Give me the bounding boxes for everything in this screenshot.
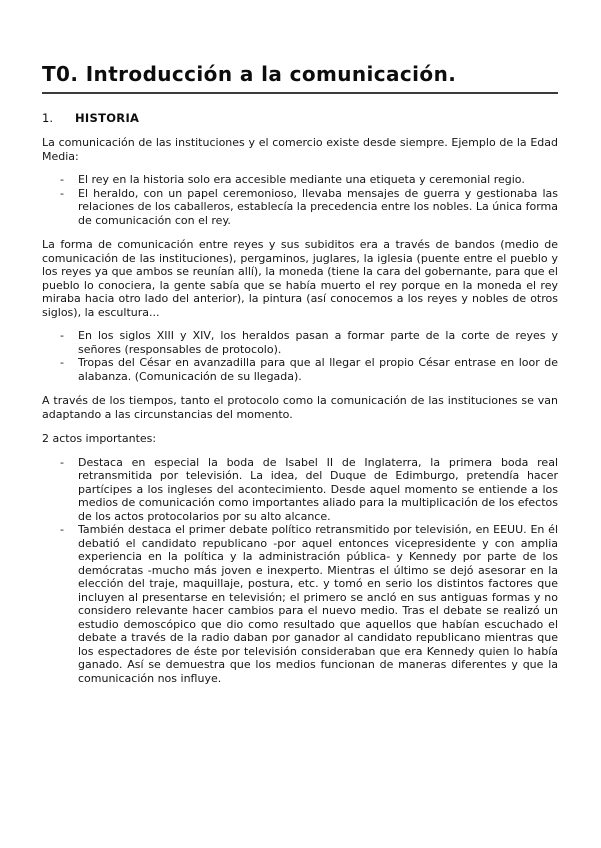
list-item: - Tropas del César en avanzadilla para q…: [42, 356, 558, 383]
list-item: - Destaca en especial la boda de Isabel …: [42, 456, 558, 524]
section-heading: 1.HISTORIA: [42, 111, 558, 125]
list-item-text: También destaca el primer debate polític…: [78, 523, 558, 685]
bullet-marker: -: [60, 173, 64, 187]
bullet-marker: -: [60, 187, 64, 201]
bullet-marker: -: [60, 523, 64, 537]
bullet-marker: -: [60, 456, 64, 470]
list-item: - El rey en la historia solo era accesib…: [42, 173, 558, 187]
bullet-list-actos: - Destaca en especial la boda de Isabel …: [42, 456, 558, 686]
paragraph-intro: La comunicación de las instituciones y e…: [42, 136, 558, 163]
bullet-marker: -: [60, 356, 64, 370]
list-item-text: En los siglos XIII y XIV, los heraldos p…: [78, 329, 558, 356]
list-item: - El heraldo, con un papel ceremonioso, …: [42, 187, 558, 228]
bullet-marker: -: [60, 329, 64, 343]
paragraph-adaptacion: A través de los tiempos, tanto el protoc…: [42, 394, 558, 421]
bullet-list-heraldos: - En los siglos XIII y XIV, los heraldos…: [42, 329, 558, 383]
document-page: T0. Introducción a la comunicación. 1.HI…: [0, 0, 601, 848]
section-title: HISTORIA: [75, 111, 139, 125]
bullet-list-edad-media: - El rey en la historia solo era accesib…: [42, 173, 558, 227]
list-item-text: El rey en la historia solo era accesible…: [78, 173, 525, 186]
list-item: - En los siglos XIII y XIV, los heraldos…: [42, 329, 558, 356]
paragraph-bandos: La forma de comunicación entre reyes y s…: [42, 238, 558, 319]
list-item-text: Destaca en especial la boda de Isabel II…: [78, 456, 558, 523]
document-title: T0. Introducción a la comunicación.: [42, 62, 558, 94]
list-item-text: Tropas del César en avanzadilla para que…: [78, 356, 558, 383]
section-number: 1.: [42, 111, 75, 125]
list-item-text: El heraldo, con un papel ceremonioso, ll…: [78, 187, 558, 227]
paragraph-dos-actos: 2 actos importantes:: [42, 432, 558, 446]
list-item: - También destaca el primer debate polít…: [42, 523, 558, 685]
